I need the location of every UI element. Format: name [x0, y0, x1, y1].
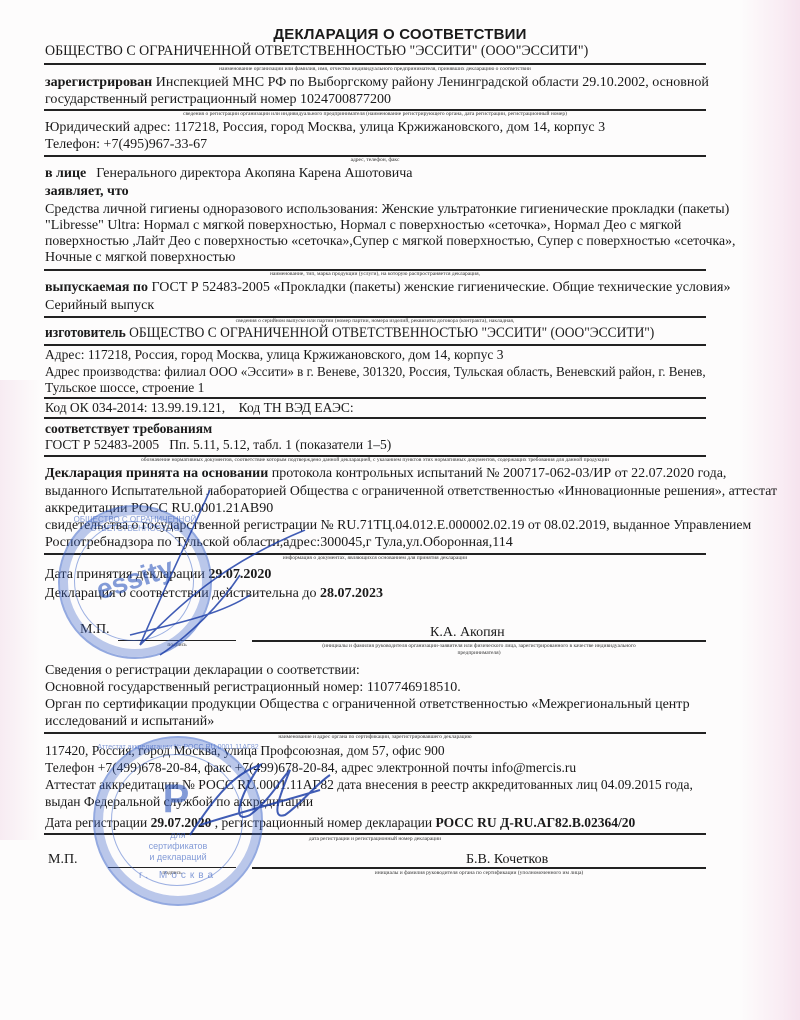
basis-value: протокола контрольных испытаний № 200717…: [268, 466, 726, 481]
registration-info-4: исследований и испытаний»: [45, 713, 214, 730]
declaration-page: ДЕКЛАРАЦИЯ О СООТВЕТСТВИИ ОБЩЕСТВО С ОГР…: [0, 0, 800, 1020]
mp-label-cert: М.П.: [48, 851, 78, 868]
caption-norms: обозначение нормативных документов, соот…: [44, 457, 706, 464]
manufacturer-value: ОБЩЕСТВО С ОГРАНИЧЕННОЙ ОТВЕТСТВЕННОСТЬЮ…: [126, 325, 655, 341]
name-line-cert: [252, 867, 706, 869]
legal-address: Юридический адрес: 117218, Россия, город…: [45, 119, 605, 136]
registered-value: Инспекцией МНС РФ по Выборгскому району …: [152, 75, 709, 90]
caption-applicant: наименование организации или фамилия, им…: [44, 66, 706, 73]
represented-by: в лицеГенерального директора Акопяна Кар…: [45, 165, 413, 182]
basis-label: Декларация принята на основании: [45, 466, 268, 481]
production-address-2: Тульское шоссе, строение 1: [45, 379, 204, 396]
registration-number-value: РОСС RU Д-RU.АГ82.В.02364/20: [435, 815, 635, 830]
codes: Код ОК 034-2014: 13.99.19.121, Код ТН ВЭ…: [45, 399, 354, 416]
registered-label: зарегистрирован: [45, 75, 152, 90]
divider: [44, 63, 706, 65]
production-address-1: Адрес производства: филиал ООО «Эссити» …: [45, 363, 706, 380]
product-line: "Libresse" Ultra: Нормал с мягкой поверх…: [45, 217, 681, 234]
declares-label: заявляет, что: [45, 183, 129, 200]
cert-signatory-name: Б.В. Кочетков: [466, 851, 548, 868]
manufacturer: изготовитель ОБЩЕСТВО С ОГРАНИЧЕННОЙ ОТВ…: [45, 325, 654, 342]
produced-label: выпускаемая по: [45, 280, 148, 295]
applicant-signatory-name: К.А. Акопян: [430, 624, 505, 641]
caption-contacts: адрес, телефон, факс: [44, 157, 706, 164]
cert-signature-icon: [170, 745, 340, 855]
product-line: Ночные с мягкой поверхностью: [45, 249, 236, 266]
caption-registration: сведения о регистрации организации или и…: [44, 111, 706, 118]
serial: Серийный выпуск: [45, 297, 154, 314]
registered-line-2: государственный регистрационный номер 10…: [45, 91, 391, 108]
paper-tint-right: [740, 0, 800, 1020]
manufacturer-address: Адрес: 117218, Россия, город Москва, ули…: [45, 346, 503, 363]
product-line: поверхностью ,Лайт Део с поверхностью «с…: [45, 233, 735, 250]
phone: Телефон: +7(495)967-33-67: [45, 136, 207, 153]
basis-line-1: Декларация принята на основании протокол…: [45, 465, 726, 482]
registered-line-1: зарегистрирован Инспекцией МНС РФ по Выб…: [45, 74, 709, 91]
product-line: Средства личной гигиены одноразового исп…: [45, 201, 729, 218]
produced-value: ГОСТ Р 52483-2005 «Прокладки (пакеты) же…: [148, 280, 730, 295]
complies-value: ГОСТ Р 52483-2005 Пп. 5.11, 5.12, табл. …: [45, 436, 391, 453]
registration-info-2: Основной государственный регистрационный…: [45, 679, 461, 696]
complies-label: соответствует требованиям: [45, 420, 212, 437]
document-title: ДЕКЛАРАЦИЯ О СООТВЕТСТВИИ: [0, 26, 800, 43]
caption-name-cert: инициалы и фамилия руководителя органа п…: [252, 870, 706, 877]
applicant-name: ОБЩЕСТВО С ОГРАНИЧЕННОЙ ОТВЕТСТВЕННОСТЬЮ…: [45, 43, 588, 60]
caption-serial: сведения о серийном выпуске или партии (…: [44, 318, 706, 325]
stamp-bottom: г. Москва: [95, 870, 261, 881]
paper-tint-left: [0, 380, 40, 840]
caption-product: наименование, тип, марка продукции (услу…: [44, 271, 706, 278]
manufacturer-label: изготовитель: [45, 325, 126, 341]
applicant-signature-icon: [100, 485, 330, 665]
caption-cert-body: наименование и адрес органа по сертифика…: [44, 734, 706, 741]
represented-value: Генерального директора Акопяна Карена Аш…: [96, 166, 412, 181]
represented-label: в лице: [45, 166, 86, 181]
divider: [44, 417, 706, 419]
registration-info-3: Орган по сертификации продукции Общества…: [45, 696, 690, 713]
produced-by: выпускаемая по ГОСТ Р 52483-2005 «Прокла…: [45, 279, 730, 296]
